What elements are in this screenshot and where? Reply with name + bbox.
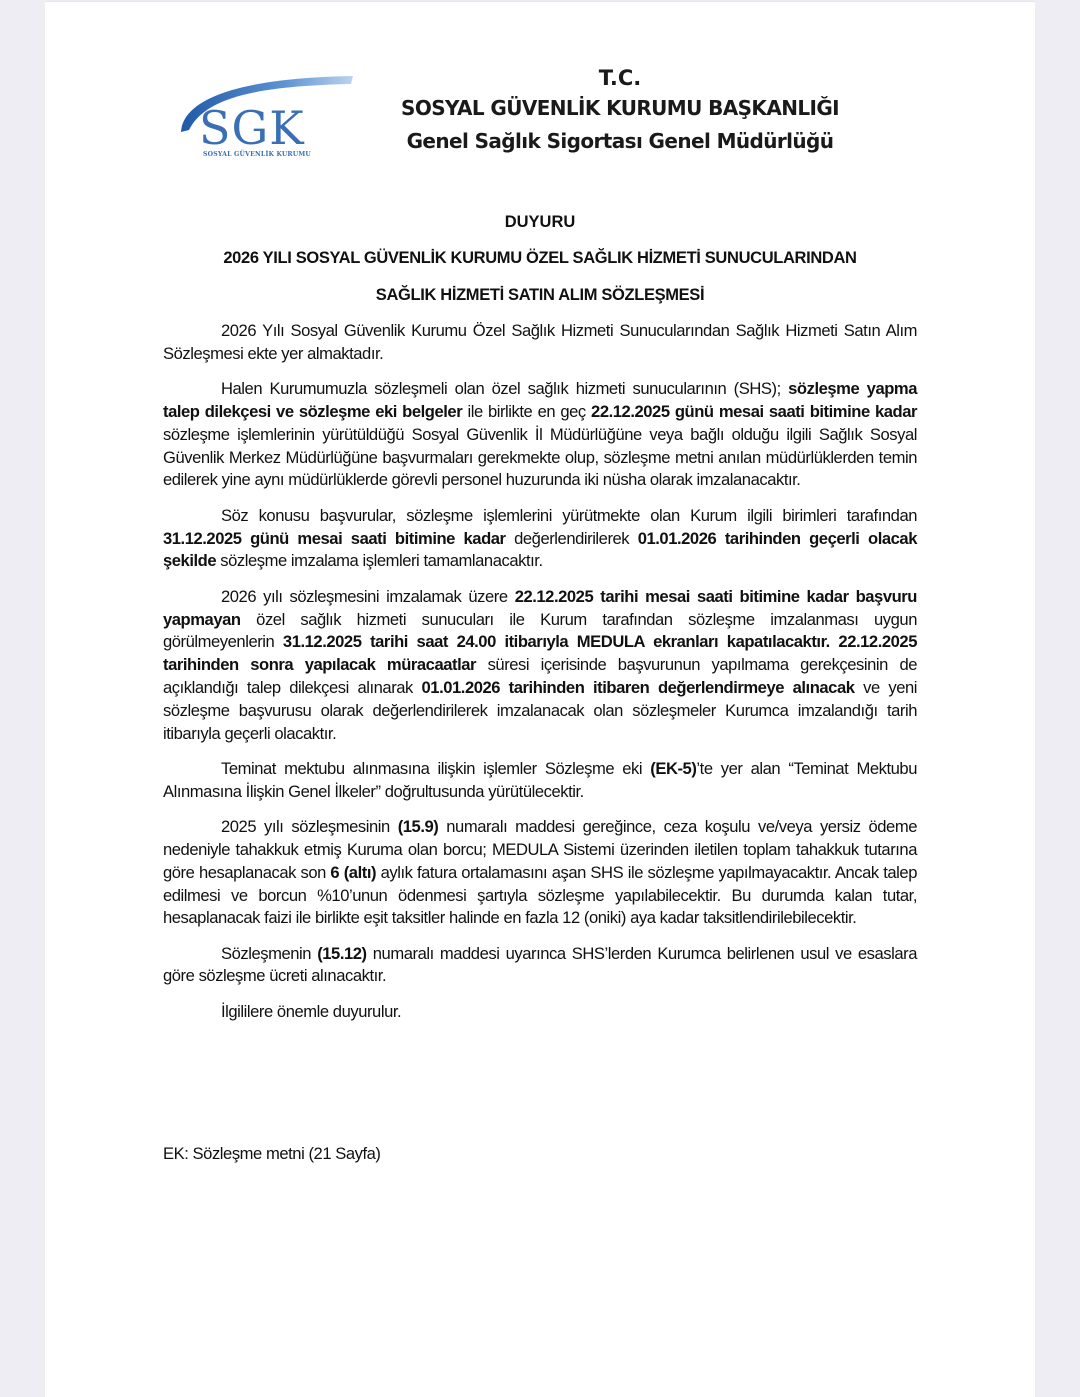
emphasis-text: 6 (altı) — [330, 863, 376, 882]
paragraph: Sözleşmenin (15.12) numaralı maddesi uya… — [163, 943, 917, 989]
emphasis-text: 01.01.2026 tarihinden itibaren değerlend… — [422, 678, 855, 697]
paragraph: 2026 yılı sözleşmesini imzalamak üzere 2… — [163, 586, 917, 746]
paragraph: Söz konusu başvurular, sözleşme işlemler… — [163, 505, 917, 573]
emphasis-text: (15.9) — [398, 817, 439, 836]
sgk-logo-icon: SGK SOSYAL GÜVENLİK KURUMU — [175, 72, 357, 160]
emphasis-text: 22.12.2025 günü mesai saati bitimine kad… — [591, 402, 917, 421]
body-text: 2025 yılı sözleşmesinin — [221, 817, 398, 836]
body-text: Sözleşmenin — [221, 944, 317, 963]
emphasis-text: 31.12.2025 günü mesai saati bitimine kad… — [163, 529, 506, 548]
emphasis-text: (EK-5) — [650, 759, 696, 778]
body-text: ile birlikte en geç — [462, 402, 591, 421]
document-body: 2026 Yılı Sosyal Güvenlik Kurumu Özel Sa… — [163, 320, 917, 1036]
body-text: değerlendirilerek — [506, 529, 638, 548]
doc-title-line1: 2026 YILI SOSYAL GÜVENLİK KURUMU ÖZEL SA… — [163, 249, 917, 268]
paragraph: Halen Kurumumuzla sözleşmeli olan özel s… — [163, 378, 917, 492]
doc-title-line2: SAĞLIK HİZMETİ SATIN ALIM SÖZLEŞMESİ — [163, 286, 917, 305]
paragraph: 2026 Yılı Sosyal Güvenlik Kurumu Özel Sa… — [163, 320, 917, 366]
header-line-institution: SOSYAL GÜVENLİK KURUMU BAŞKANLIĞI — [375, 92, 865, 125]
body-text: Teminat mektubu alınmasına ilişkin işlem… — [221, 759, 650, 778]
logo-letters: SGK — [199, 101, 305, 155]
annex-note: EK: Sözleşme metni (21 Sayfa) — [163, 1143, 381, 1166]
paragraph: İlgililere önemle duyurulur. — [163, 1001, 917, 1024]
body-text: İlgililere önemle duyurulur. — [221, 1002, 401, 1021]
document-page: SGK SOSYAL GÜVENLİK KURUMU T.C. SOSYAL G… — [45, 1, 1035, 1397]
paragraph: 2025 yılı sözleşmesinin (15.9) numaralı … — [163, 816, 917, 930]
body-text: 2026 Yılı Sosyal Güvenlik Kurumu Özel Sa… — [163, 321, 917, 363]
paragraph: Teminat mektubu alınmasına ilişkin işlem… — [163, 758, 917, 804]
logo-subtitle: SOSYAL GÜVENLİK KURUMU — [203, 151, 311, 158]
header-line-directorate: Genel Sağlık Sigortası Genel Müdürlüğü — [375, 125, 865, 158]
body-text: sözleşme imzalama işlemleri tamamlanacak… — [216, 551, 542, 570]
body-text: sözleşme işlemlerinin yürütüldüğü Sosyal… — [163, 425, 917, 490]
body-text: Söz konusu başvurular, sözleşme işlemler… — [221, 506, 917, 525]
header-line-tc: T.C. — [375, 64, 865, 92]
emphasis-text: (15.12) — [317, 944, 366, 963]
doc-label: DUYURU — [163, 213, 917, 232]
body-text: 2026 yılı sözleşmesini imzalamak üzere — [221, 587, 515, 606]
body-text: Halen Kurumumuzla sözleşmeli olan özel s… — [221, 379, 788, 398]
institution-header: T.C. SOSYAL GÜVENLİK KURUMU BAŞKANLIĞI G… — [375, 64, 865, 158]
